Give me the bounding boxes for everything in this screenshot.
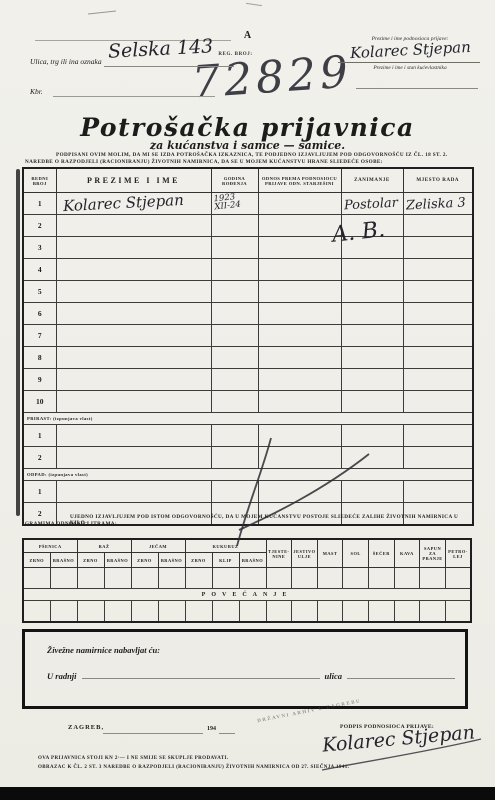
supplies-value-cell — [369, 568, 395, 589]
supplies-value-cell — [185, 601, 212, 623]
odpad-row: 1 — [23, 481, 473, 503]
person-row-cell-workplace — [403, 303, 473, 325]
col-sol: SOL — [343, 539, 369, 568]
supplies-value-cell — [343, 601, 369, 623]
person-row: 2 — [23, 215, 473, 237]
person-row-cell-relation — [258, 259, 341, 281]
subcol-zrno: ZRNO — [131, 553, 158, 568]
subcol-brašno: BRAŠNO — [158, 553, 185, 568]
person-row-cell-relation — [258, 391, 341, 413]
supplies-declaration-line2: GRAMIMA ODNOSNO LITRAMA: — [25, 521, 470, 527]
applicant-name-line — [338, 62, 480, 63]
purchase-intro: Živežne namirnice nabavljat ću: — [47, 645, 160, 655]
person-row-number: 2 — [23, 215, 56, 237]
handwritten-workplace: Zeliska 3 — [405, 195, 465, 213]
supplies-value-cell — [266, 601, 292, 623]
supplies-table: PŠENICA RAŽ JEČAM KUKURUZ TJESTE- NINE J… — [22, 538, 472, 623]
person-row-cell-name — [56, 303, 211, 325]
person-row-number: 3 — [23, 237, 56, 259]
odpad-row-cell-occupation — [341, 481, 403, 503]
col-mjesto-rada: MJESTO RADA — [403, 168, 473, 193]
person-row-cell-occupation — [341, 347, 403, 369]
person-row-cell-workplace — [403, 259, 473, 281]
col-sapun: SAPUN ZA PRANJE — [420, 539, 446, 568]
col-prezime-ime: PREZIME I IME — [56, 168, 211, 193]
persons-table-body: 1Kolarec Stjepan1923 XII-24PostolarZelis… — [23, 193, 473, 526]
landlord-label: Prezime i ime i stan kućevlastnika — [344, 65, 476, 71]
odpad-row-cell-relation — [258, 481, 341, 503]
subcol-zrno: ZRNO — [185, 553, 212, 568]
supplies-value-cell — [239, 601, 266, 623]
person-row-cell-occupation: Postolar — [341, 193, 403, 215]
person-row-cell-workplace — [403, 347, 473, 369]
person-row-cell-birth — [211, 259, 258, 281]
persons-header-row: REDNI BROJ PREZIME I IME GODINA ROĐENJA … — [23, 168, 473, 193]
person-row-cell-relation — [258, 303, 341, 325]
prirast-row: 2 — [23, 447, 473, 469]
person-row-cell-name — [56, 215, 211, 237]
supplies-value-cell — [23, 601, 50, 623]
person-row-cell-workplace — [403, 215, 473, 237]
supplies-value-cell — [158, 601, 185, 623]
scan-smudge — [246, 3, 262, 6]
prirast-row-cell-name — [56, 425, 211, 447]
ulica-label: ulica — [325, 671, 342, 681]
subcol-brašno: BRAŠNO — [239, 553, 266, 568]
supplies-value-cell — [23, 568, 50, 589]
person-row: 1Kolarec Stjepan1923 XII-24PostolarZelis… — [23, 193, 473, 215]
odpad-row-cell-birth — [211, 481, 258, 503]
person-row-cell-birth — [211, 237, 258, 259]
subcol-brašno: BRAŠNO — [104, 553, 131, 568]
person-row-number: 8 — [23, 347, 56, 369]
person-row: 4 — [23, 259, 473, 281]
person-row-cell-occupation — [341, 369, 403, 391]
radnja-line — [82, 670, 320, 679]
year-line — [219, 733, 235, 734]
col-zanimanje: ZANIMANJE — [341, 168, 403, 193]
person-row-cell-name — [56, 237, 211, 259]
group-raz: RAŽ — [77, 539, 131, 553]
person-row-cell-birth: 1923 XII-24 — [211, 193, 258, 215]
person-row-cell-occupation — [341, 391, 403, 413]
person-row-cell-name — [56, 281, 211, 303]
date-line — [103, 733, 203, 734]
person-row-number: 1 — [23, 193, 56, 215]
person-row-cell-workplace — [403, 369, 473, 391]
person-row: 10 — [23, 391, 473, 413]
person-row: 9 — [23, 369, 473, 391]
subcol-zrno: ZRNO — [77, 553, 104, 568]
purchase-box: Živežne namirnice nabavljat ću: U radnji… — [22, 629, 468, 709]
person-row-cell-birth — [211, 391, 258, 413]
prirast-row-cell-birth — [211, 425, 258, 447]
radnja-label: U radnji — [47, 671, 77, 681]
supplies-value-cell — [239, 568, 266, 589]
col-jestivo-ulje: JESTIVO ULJE — [292, 539, 318, 568]
person-row-cell-birth — [211, 303, 258, 325]
person-row-cell-relation — [258, 237, 341, 259]
city-label: ZAGREB, — [68, 724, 104, 731]
col-redni-broj: REDNI BROJ — [23, 168, 56, 193]
person-row-cell-name — [56, 325, 211, 347]
supplies-value-cell — [420, 601, 446, 623]
person-row-cell-relation — [258, 347, 341, 369]
person-row-cell-name — [56, 259, 211, 281]
person-row-number: 10 — [23, 391, 56, 413]
col-kava: KAVA — [394, 539, 420, 568]
supplies-value-cell — [292, 601, 318, 623]
subcol-zrno: ZRNO — [23, 553, 50, 568]
supplies-value-cell — [131, 568, 158, 589]
person-row-cell-occupation — [341, 259, 403, 281]
supplies-value-cell — [445, 568, 471, 589]
col-secer: ŠEĆER — [369, 539, 395, 568]
prirast-row: 1 — [23, 425, 473, 447]
person-row-cell-birth — [211, 215, 258, 237]
street-label: Ulica, trg ili ina oznaka — [30, 57, 102, 66]
street-line — [104, 66, 234, 67]
supplies-value-cell — [212, 601, 239, 623]
obrazac-note: OBRAZAC K ČL. 2 ST. 3 NAREDBE O RAZPODJE… — [38, 765, 349, 770]
person-row-cell-occupation — [341, 281, 403, 303]
handwritten-birth: 1923 XII-24 — [213, 193, 241, 212]
subcol-brašno: BRAŠNO — [50, 553, 77, 568]
group-jecam: JEČAM — [131, 539, 185, 553]
supplies-table-body: POVEĆANJE — [23, 568, 471, 623]
prirast-row-cell-occupation — [341, 447, 403, 469]
person-row-cell-name: Kolarec Stjepan — [56, 193, 211, 215]
supplies-value-cell — [317, 568, 343, 589]
scan-smudge — [88, 11, 116, 15]
supplies-value-row — [23, 601, 471, 623]
prirast-row-cell-occupation — [341, 425, 403, 447]
person-row-cell-workplace: Zeliska 3 — [403, 193, 473, 215]
person-row-cell-occupation — [341, 325, 403, 347]
supplies-value-cell — [266, 568, 292, 589]
landlord-line — [356, 88, 478, 89]
prirast-row-cell-relation — [258, 447, 341, 469]
group-psenica: PŠENICA — [23, 539, 77, 553]
prirast-row-cell-name — [56, 447, 211, 469]
person-row-cell-name — [56, 369, 211, 391]
povecanje-label: POVEĆANJE — [23, 589, 471, 601]
person-row-cell-birth — [211, 281, 258, 303]
form-subtitle: za kućanstva i samce — samice. — [0, 139, 495, 152]
prirast-row-cell-workplace — [403, 425, 473, 447]
ulica-line — [347, 670, 455, 679]
person-row: 8 — [23, 347, 473, 369]
prirast-row-number: 1 — [23, 425, 56, 447]
supplies-value-cell — [50, 601, 77, 623]
person-row-cell-occupation — [341, 303, 403, 325]
supplies-value-row — [23, 568, 471, 589]
handwritten-occupation: Postolar — [343, 195, 398, 213]
person-row-cell-name — [56, 391, 211, 413]
col-godina-rodjenja: GODINA ROĐENJA — [211, 168, 258, 193]
person-row-cell-relation — [258, 281, 341, 303]
supplies-value-cell — [369, 601, 395, 623]
group-kukuruz: KUKURUZ — [185, 539, 266, 553]
reg-number-handwritten: 72829 — [190, 46, 353, 108]
person-row-cell-workplace — [403, 325, 473, 347]
supplies-value-cell — [420, 568, 446, 589]
handwritten-name: Kolarec Stjepan — [62, 191, 184, 215]
form-title: Potrošačka prijavnica — [0, 113, 495, 142]
subcol-klip: KLIP — [212, 553, 239, 568]
person-row-number: 4 — [23, 259, 56, 281]
person-row-cell-relation — [258, 215, 341, 237]
person-row-cell-relation — [258, 193, 341, 215]
person-row-number: 5 — [23, 281, 56, 303]
person-row: 3 — [23, 237, 473, 259]
prirast-row-cell-workplace — [403, 447, 473, 469]
supplies-value-cell — [50, 568, 77, 589]
supplies-group-header-row: PŠENICA RAŽ JEČAM KUKURUZ TJESTE- NINE J… — [23, 539, 471, 553]
supplies-value-cell — [77, 601, 104, 623]
supplies-value-cell — [317, 601, 343, 623]
odpad-row-cell-name — [56, 481, 211, 503]
prirast-label: PRIRAST: (izpunjava vlast) — [23, 413, 473, 425]
price-note: OVA PRIJAVNICA STOJI KN 2·— I NE SMIJE S… — [38, 756, 229, 761]
col-petrolej: PETRO- LEJ — [445, 539, 471, 568]
person-row-number: 6 — [23, 303, 56, 325]
supplies-value-cell — [77, 568, 104, 589]
person-row-number: 7 — [23, 325, 56, 347]
person-row-cell-birth — [211, 325, 258, 347]
person-row: 6 — [23, 303, 473, 325]
kbr-label: Kbr. — [30, 87, 43, 96]
supplies-value-cell — [104, 601, 131, 623]
declaration-line1: PODPISANI OVIM MOLIM, DA MI SE IZDA POTR… — [56, 152, 470, 158]
year-prefix: 194 — [207, 726, 216, 732]
odpad-band-row: ODPAD: (izpunjava vlast) — [23, 469, 473, 481]
supplies-value-cell — [185, 568, 212, 589]
col-tjestenine: TJESTE- NINE — [266, 539, 292, 568]
odpad-row-number: 1 — [23, 481, 56, 503]
supplies-value-cell — [292, 568, 318, 589]
person-row-number: 9 — [23, 369, 56, 391]
purchase-row: U radnji ulica — [47, 670, 455, 681]
supplies-value-cell — [394, 568, 420, 589]
person-row-cell-relation — [258, 369, 341, 391]
person-row-cell-birth — [211, 369, 258, 391]
declaration-line2: NAREDBE O RAZPODJELI (RACIONIRANJU) ŽIVO… — [25, 159, 470, 165]
supplies-value-cell — [212, 568, 239, 589]
odpad-label: ODPAD: (izpunjava vlast) — [23, 469, 473, 481]
supplies-value-cell — [158, 568, 185, 589]
person-row-cell-workplace — [403, 237, 473, 259]
person-row: 7 — [23, 325, 473, 347]
prirast-band-row: PRIRAST: (izpunjava vlast) — [23, 413, 473, 425]
prirast-row-cell-relation — [258, 425, 341, 447]
prirast-row-cell-birth — [211, 447, 258, 469]
col-odnos: ODNOS PREMA PODNOSIOCU PRIJAVE ODN. STAR… — [258, 168, 341, 193]
persons-table: REDNI BROJ PREZIME I IME GODINA ROĐENJA … — [22, 167, 474, 526]
supplies-value-cell — [445, 601, 471, 623]
kbr-line — [53, 96, 215, 97]
prirast-row-number: 2 — [23, 447, 56, 469]
col-mast: MAST — [317, 539, 343, 568]
person-row-cell-workplace — [403, 281, 473, 303]
supplies-value-cell — [131, 601, 158, 623]
odpad-row-cell-workplace — [403, 481, 473, 503]
person-row-cell-workplace — [403, 391, 473, 413]
person-row-cell-name — [56, 347, 211, 369]
scan-left-edge — [16, 169, 20, 516]
person-row-cell-birth — [211, 347, 258, 369]
supplies-value-cell — [343, 568, 369, 589]
person-row-cell-relation — [258, 325, 341, 347]
scan-bottom-bar — [0, 787, 495, 800]
povecanje-band-row: POVEĆANJE — [23, 589, 471, 601]
person-row: 5 — [23, 281, 473, 303]
supplies-value-cell — [394, 601, 420, 623]
supplies-value-cell — [104, 568, 131, 589]
